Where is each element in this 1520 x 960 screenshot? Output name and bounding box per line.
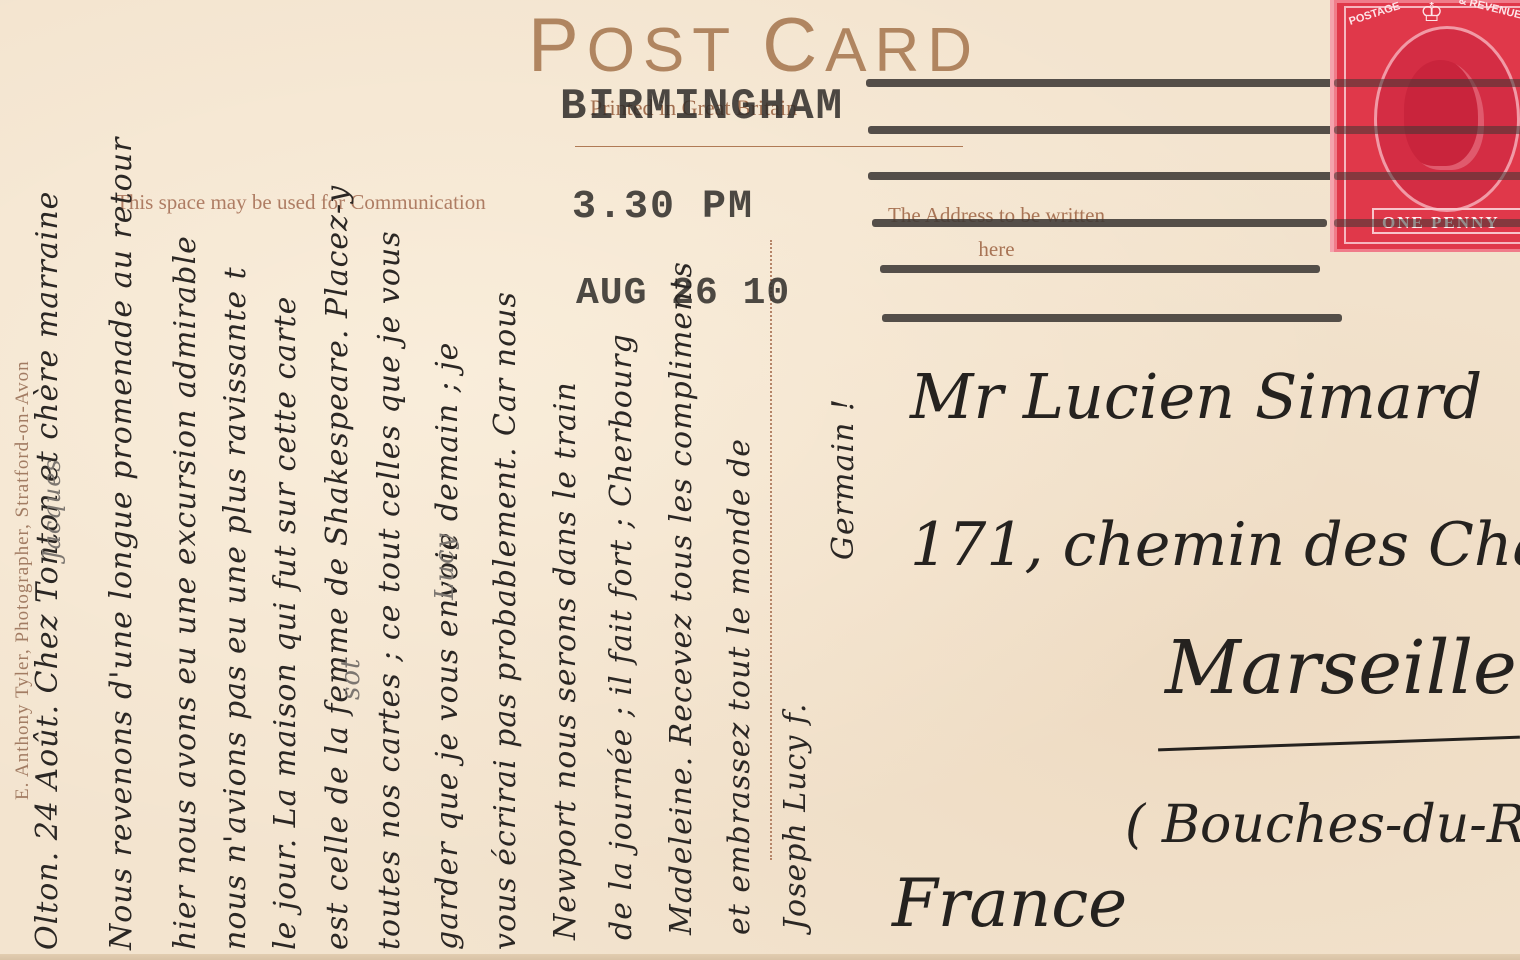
cancel-line bbox=[882, 314, 1342, 322]
cancel-line bbox=[872, 219, 1327, 227]
message-line: vous écrirai pas probablement. Car nous bbox=[488, 291, 523, 950]
pencil-annotation: sot bbox=[336, 658, 366, 700]
postmark-city: BIRMINGHAM bbox=[560, 82, 844, 132]
message-line: Germain ! bbox=[826, 398, 861, 560]
address-recipient: Mr Lucien Simard bbox=[910, 360, 1482, 433]
cancel-line bbox=[1334, 126, 1520, 134]
cancel-line bbox=[880, 265, 1320, 273]
cancel-line bbox=[868, 126, 1336, 134]
message-line: et embrassez tout le monde de bbox=[722, 438, 757, 935]
communication-note: This space may be used for Communication bbox=[116, 190, 486, 215]
city-underline bbox=[1158, 736, 1520, 752]
address-department: ( Bouches-du-Rhô bbox=[1125, 795, 1520, 855]
message-line: Nous revenons d'une longue promenade au … bbox=[104, 137, 139, 950]
address-note-line2: here bbox=[888, 232, 1105, 266]
cancel-line bbox=[866, 79, 1336, 87]
message-line: est celle de la femme de Shakespeare. Pl… bbox=[320, 185, 355, 950]
cancel-line bbox=[868, 172, 1336, 180]
dotted-divider bbox=[770, 240, 772, 860]
title-ost: OST bbox=[587, 16, 737, 85]
message-line: Joseph Lucy f. bbox=[778, 703, 813, 930]
header-rule bbox=[575, 146, 963, 147]
message-line: Newport nous serons dans le train bbox=[548, 381, 583, 940]
message-line: Olton. 24 Août. Chez Tonton et chère mar… bbox=[30, 191, 65, 950]
message-line: le jour. La maison qui fut sur cette car… bbox=[268, 296, 303, 950]
pencil-annotation: Lucy bbox=[430, 533, 460, 600]
card-edge bbox=[0, 954, 1520, 960]
message-line: hier nous avons eu une excursion admirab… bbox=[168, 235, 203, 950]
message-line: garder que je vous envoie demain ; je bbox=[430, 342, 465, 950]
cancel-line bbox=[1334, 172, 1520, 180]
postmark-time: 3.30 PM bbox=[572, 185, 754, 230]
address-city: Marseille bbox=[1165, 625, 1517, 711]
message-line: nous n'avions pas eu une plus ravissante… bbox=[218, 266, 253, 950]
postcard-title: POST CARD bbox=[528, 2, 980, 89]
message-line: toutes nos cartes ; ce tout celles que j… bbox=[372, 230, 407, 950]
address-note: The Address to be written here bbox=[888, 198, 1105, 266]
title-ard: ARD bbox=[825, 16, 980, 85]
title-initial-p: P bbox=[528, 3, 587, 88]
cancel-line bbox=[1334, 219, 1520, 227]
title-initial-c: C bbox=[762, 3, 825, 88]
message-line: de la journée ; il fait fort ; Cherbourg bbox=[604, 333, 639, 940]
postcard-back: POST CARD Printed in Great Britain This … bbox=[0, 0, 1520, 960]
message-line: Madeleine. Recevez tous les compliments bbox=[664, 261, 699, 935]
address-street: 171, chemin des Char bbox=[910, 510, 1520, 580]
crown-icon: ♔ bbox=[1420, 0, 1443, 26]
postage-stamp: POSTAGE ♔ & REVENUE ONE PENNY bbox=[1330, 0, 1520, 252]
cancel-line bbox=[1334, 79, 1520, 87]
pencil-annotation: Jacques bbox=[38, 458, 66, 560]
address-country: France bbox=[892, 865, 1127, 942]
